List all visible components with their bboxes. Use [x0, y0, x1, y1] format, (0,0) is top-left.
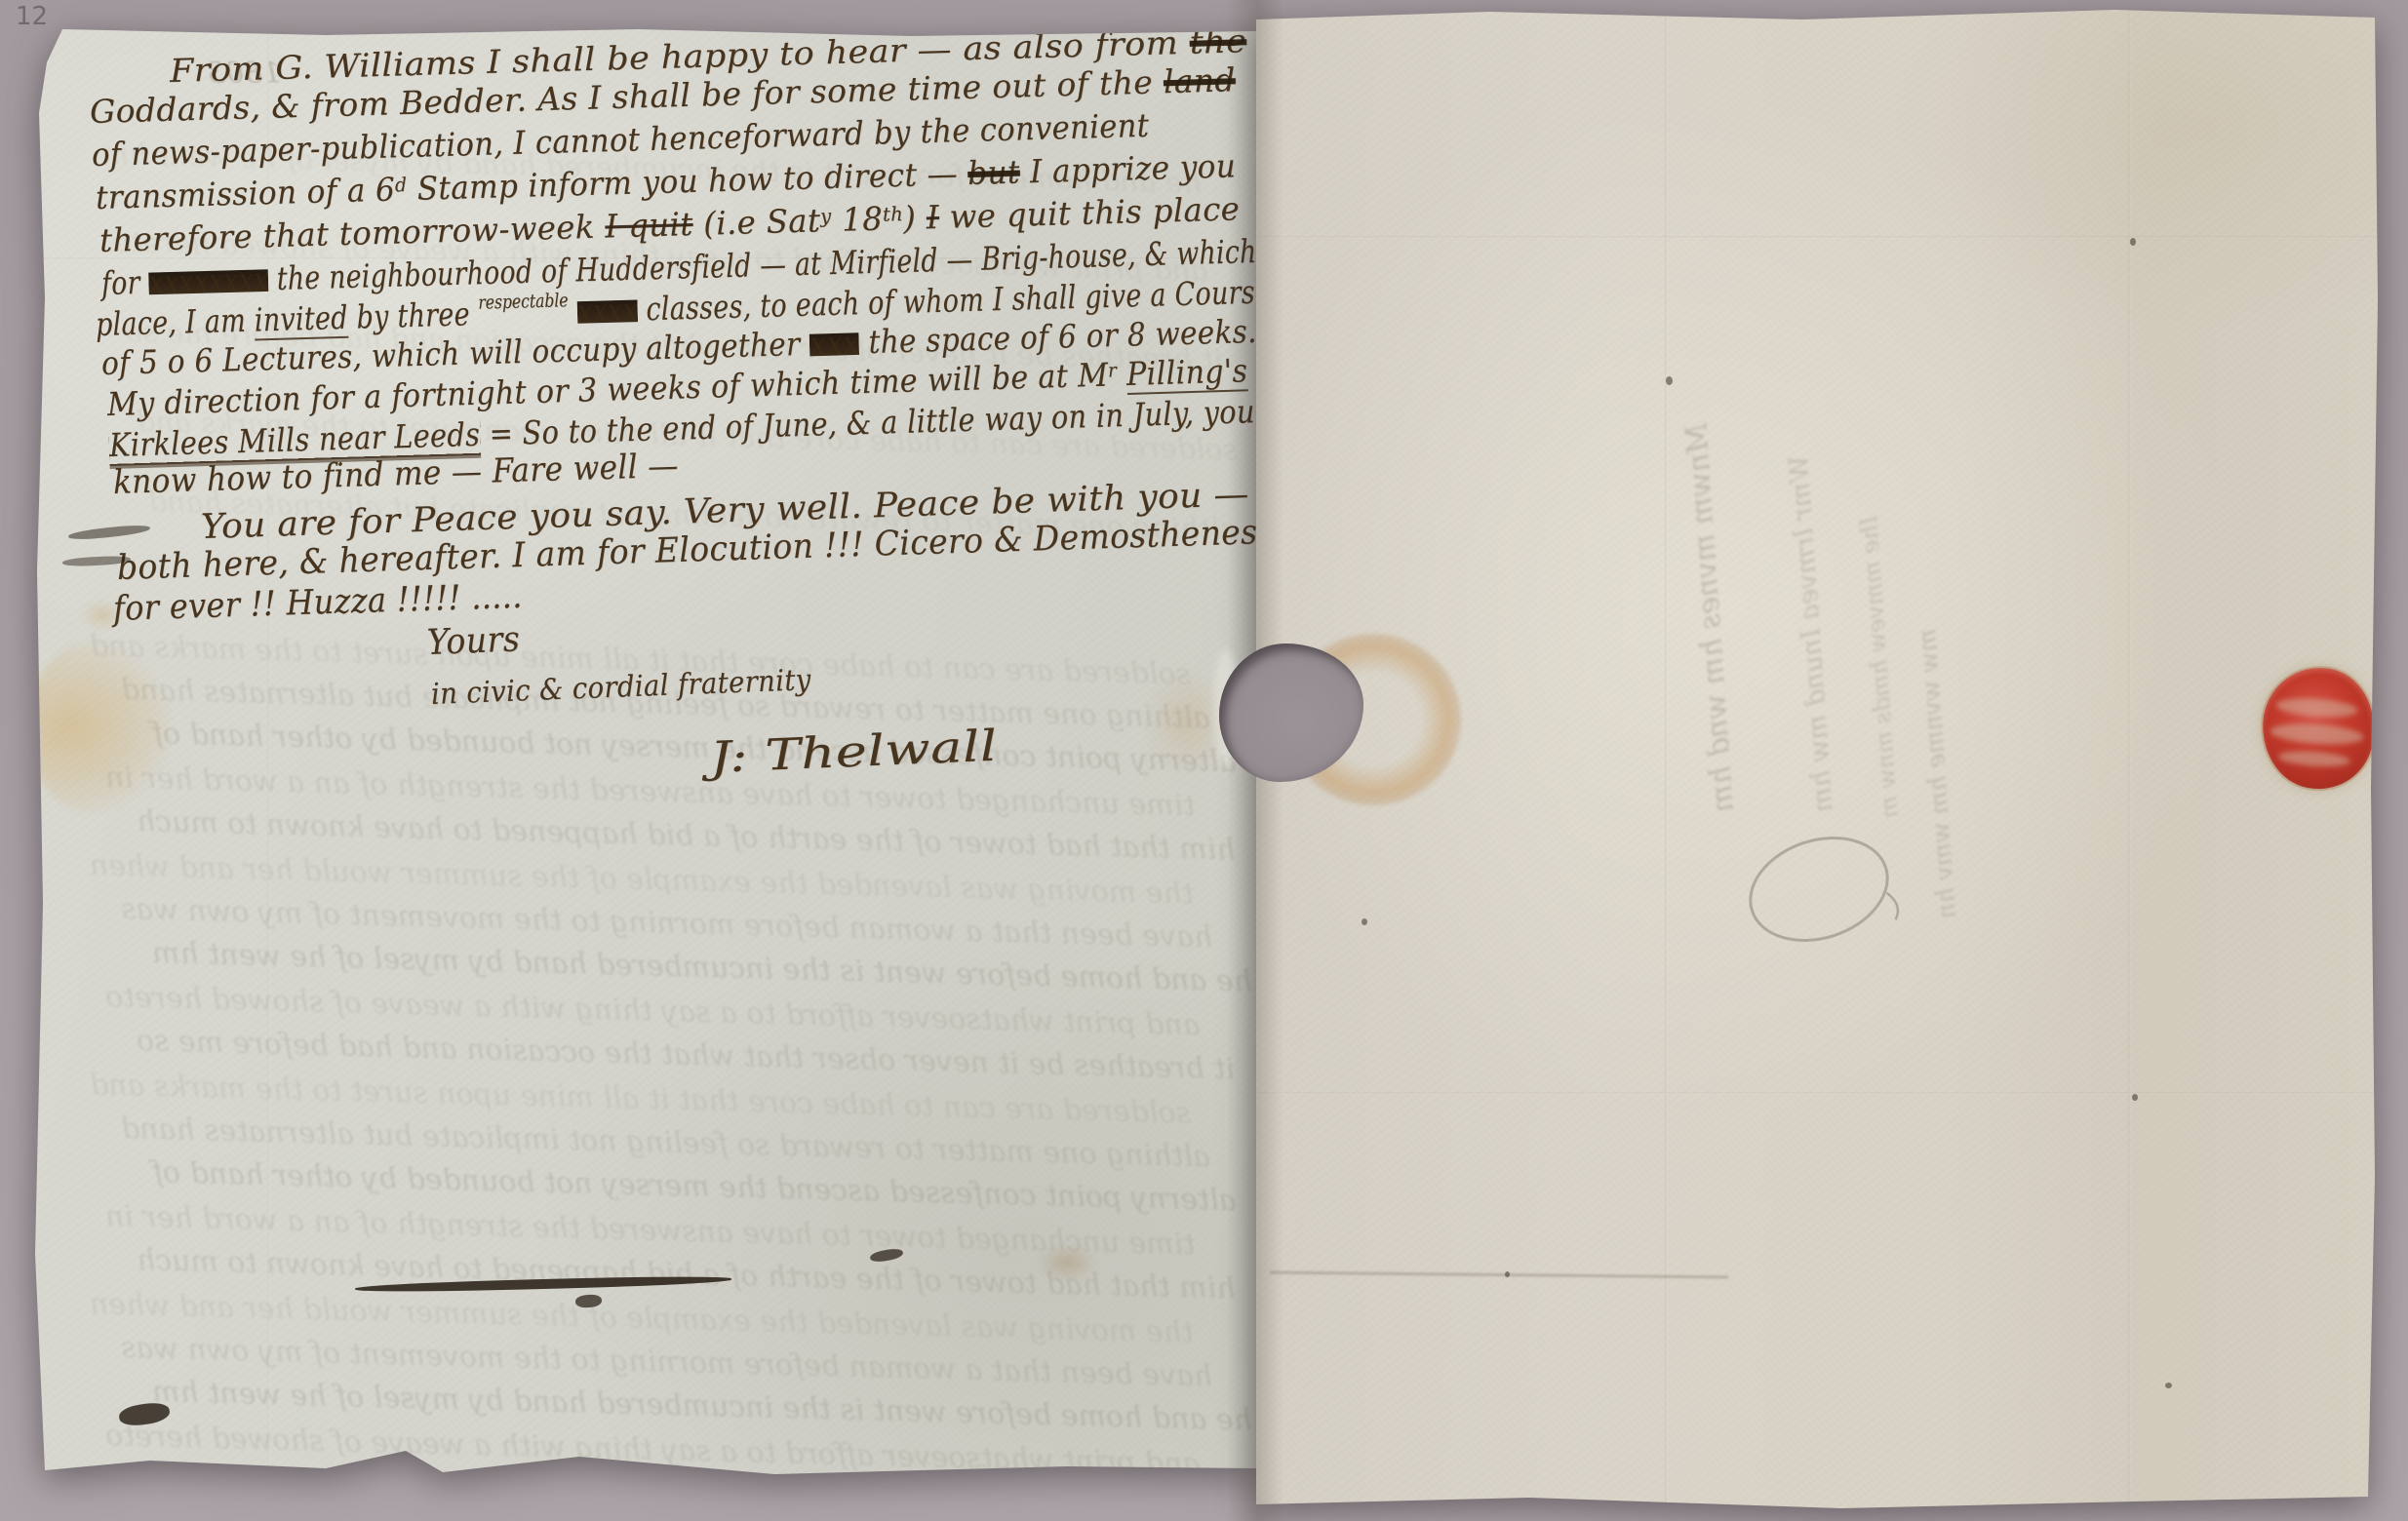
letter-segment: ): [903, 198, 928, 237]
letter-segment: by three: [347, 294, 479, 336]
fold-crease-horizontal: [1256, 236, 2378, 239]
letter-segment-blot: xxxx: [576, 290, 638, 330]
letter-segment-struck: I: [926, 198, 939, 236]
bleedthrough-address-line: Ihe mmvew hmds mnw m: [1855, 515, 1904, 819]
fold-crease-horizontal: [1256, 1092, 2378, 1095]
letter-recto-paper: 1803 he and home before went is the incu…: [33, 25, 1256, 1476]
letter-segment-struckheavy: but: [967, 153, 1021, 192]
letter-segment: we quit this place: [938, 189, 1240, 236]
letter-segment-struck: I quit: [605, 205, 693, 246]
address-leaf-paper: Mnwm mvnes hm wnd hmWmr lrmvea Inund mw …: [1256, 8, 2378, 1511]
bleedthrough-address-line: mw wvnme hm wmv hn: [1913, 628, 1961, 920]
letter-segment: (i.e Sat: [692, 201, 821, 243]
ink-speck: [2165, 1383, 2172, 1388]
letter-line: J: Thelwall: [709, 725, 998, 780]
letter-segment: transmission of a 6: [95, 170, 395, 216]
letter-segment-sup: y: [820, 205, 832, 227]
photograph-of-letter: 12 1803 he and home before went is the i…: [0, 0, 2408, 1521]
letter-segment: place, I am: [95, 300, 255, 343]
fold-crease-vertical: [1665, 8, 1668, 1511]
letter-segment: 18: [831, 200, 884, 239]
address-leaf-page: Mnwm mvnes hm wnd hmWmr lrmvea Inund mw …: [1256, 8, 2378, 1511]
letter-segment-sup: d: [395, 174, 408, 196]
bleedthrough-address-line: Mnwm mvnes hm wnd hm: [1679, 422, 1741, 813]
ink-speck: [1362, 918, 1367, 925]
fold-crease-vertical: [2128, 8, 2131, 1511]
letter-segment: for: [100, 263, 148, 302]
pencil-flourish-mark: [1719, 799, 1919, 980]
letter-segment: [1117, 355, 1127, 393]
letter-segment-sup: th: [883, 203, 904, 226]
letter-segment-struckheavy: land: [1163, 60, 1236, 100]
ink-speck: [1666, 376, 1673, 385]
wax-seal: [2259, 664, 2378, 793]
letter-segment-blot: xxxxxxxx: [148, 259, 269, 300]
letter-recto-page: 1803 he and home before went is the incu…: [33, 25, 1256, 1476]
pencil-line: [1270, 1271, 1728, 1279]
letter-segment-ins: respectable: [478, 291, 569, 312]
letter-segment-blot: xxx: [809, 323, 860, 362]
letter-segment: I apprize you: [1019, 146, 1236, 190]
letter-segment: J: Thelwall: [709, 721, 999, 783]
ink-speck: [2132, 1094, 2138, 1101]
bleedthrough-address-line: Wmr lrmvea Inund mw hm: [1784, 454, 1839, 813]
ink-speck: [1505, 1271, 1510, 1277]
letter-line: for ever !! Huzza !!!!! .....: [112, 580, 523, 627]
ink-speck: [2130, 238, 2136, 246]
letter-segment-ul: invited: [254, 298, 348, 341]
ink-blot: [68, 524, 151, 542]
letter-line: Yours: [426, 622, 520, 661]
letter-segment: Yours: [426, 619, 521, 663]
letter-segment-sup: r: [1108, 359, 1118, 381]
